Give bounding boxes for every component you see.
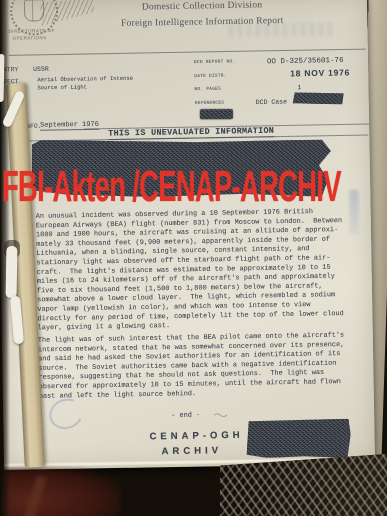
country-value: USSR [33,65,49,73]
references-label: REFERENCES [195,100,225,106]
archive-watermark: FBI-Akten /CENAP-ARCHIV [2,162,341,212]
seal-caption-line2: OPERATIONS [13,35,47,41]
date-distr-label: DATE DISTR. [194,73,227,79]
references-redaction [200,109,233,119]
background-fabric [0,468,120,516]
no-pages-label: NO. PAGES [194,86,221,91]
subject-value-line2: Source of Light [37,84,87,91]
subject-value-line1: Aerial Observation of Intense [37,76,133,84]
header-rule [9,49,366,56]
dcd-case-redaction [293,92,344,104]
report-page: DIRECTORATE OF OPERATIONS Domestic Colle… [0,0,375,470]
binder-prong-middle-1 [6,246,18,298]
info-value: September 1976 [40,120,99,131]
body-paragraph-2: The light was of such interest that the … [38,331,345,401]
no-pages-value: 1 [297,83,301,91]
document-photo: DIRECTORATE OF OPERATIONS Domestic Colle… [0,0,387,516]
body-paragraph-1: An unusual incident was observed during … [36,207,344,333]
pencil-squiggle-mark [213,411,229,418]
end-marker: - end - [171,412,200,420]
archive-stamp-line2: ARCHIV [117,444,267,458]
report-title-line1: Domestic Collection Division [52,0,352,14]
faint-ink-smudge [349,190,359,235]
dcd-case-label: DCD Case [256,98,287,106]
report-no-label: DCD REPORT NO. [194,59,235,65]
bleed-through-marks [228,22,332,38]
date-distr-stamp: 18 NOV 1976 [290,67,350,78]
report-no-value: OO D-325/35601-76 [267,56,344,66]
footer-redaction [247,419,351,458]
